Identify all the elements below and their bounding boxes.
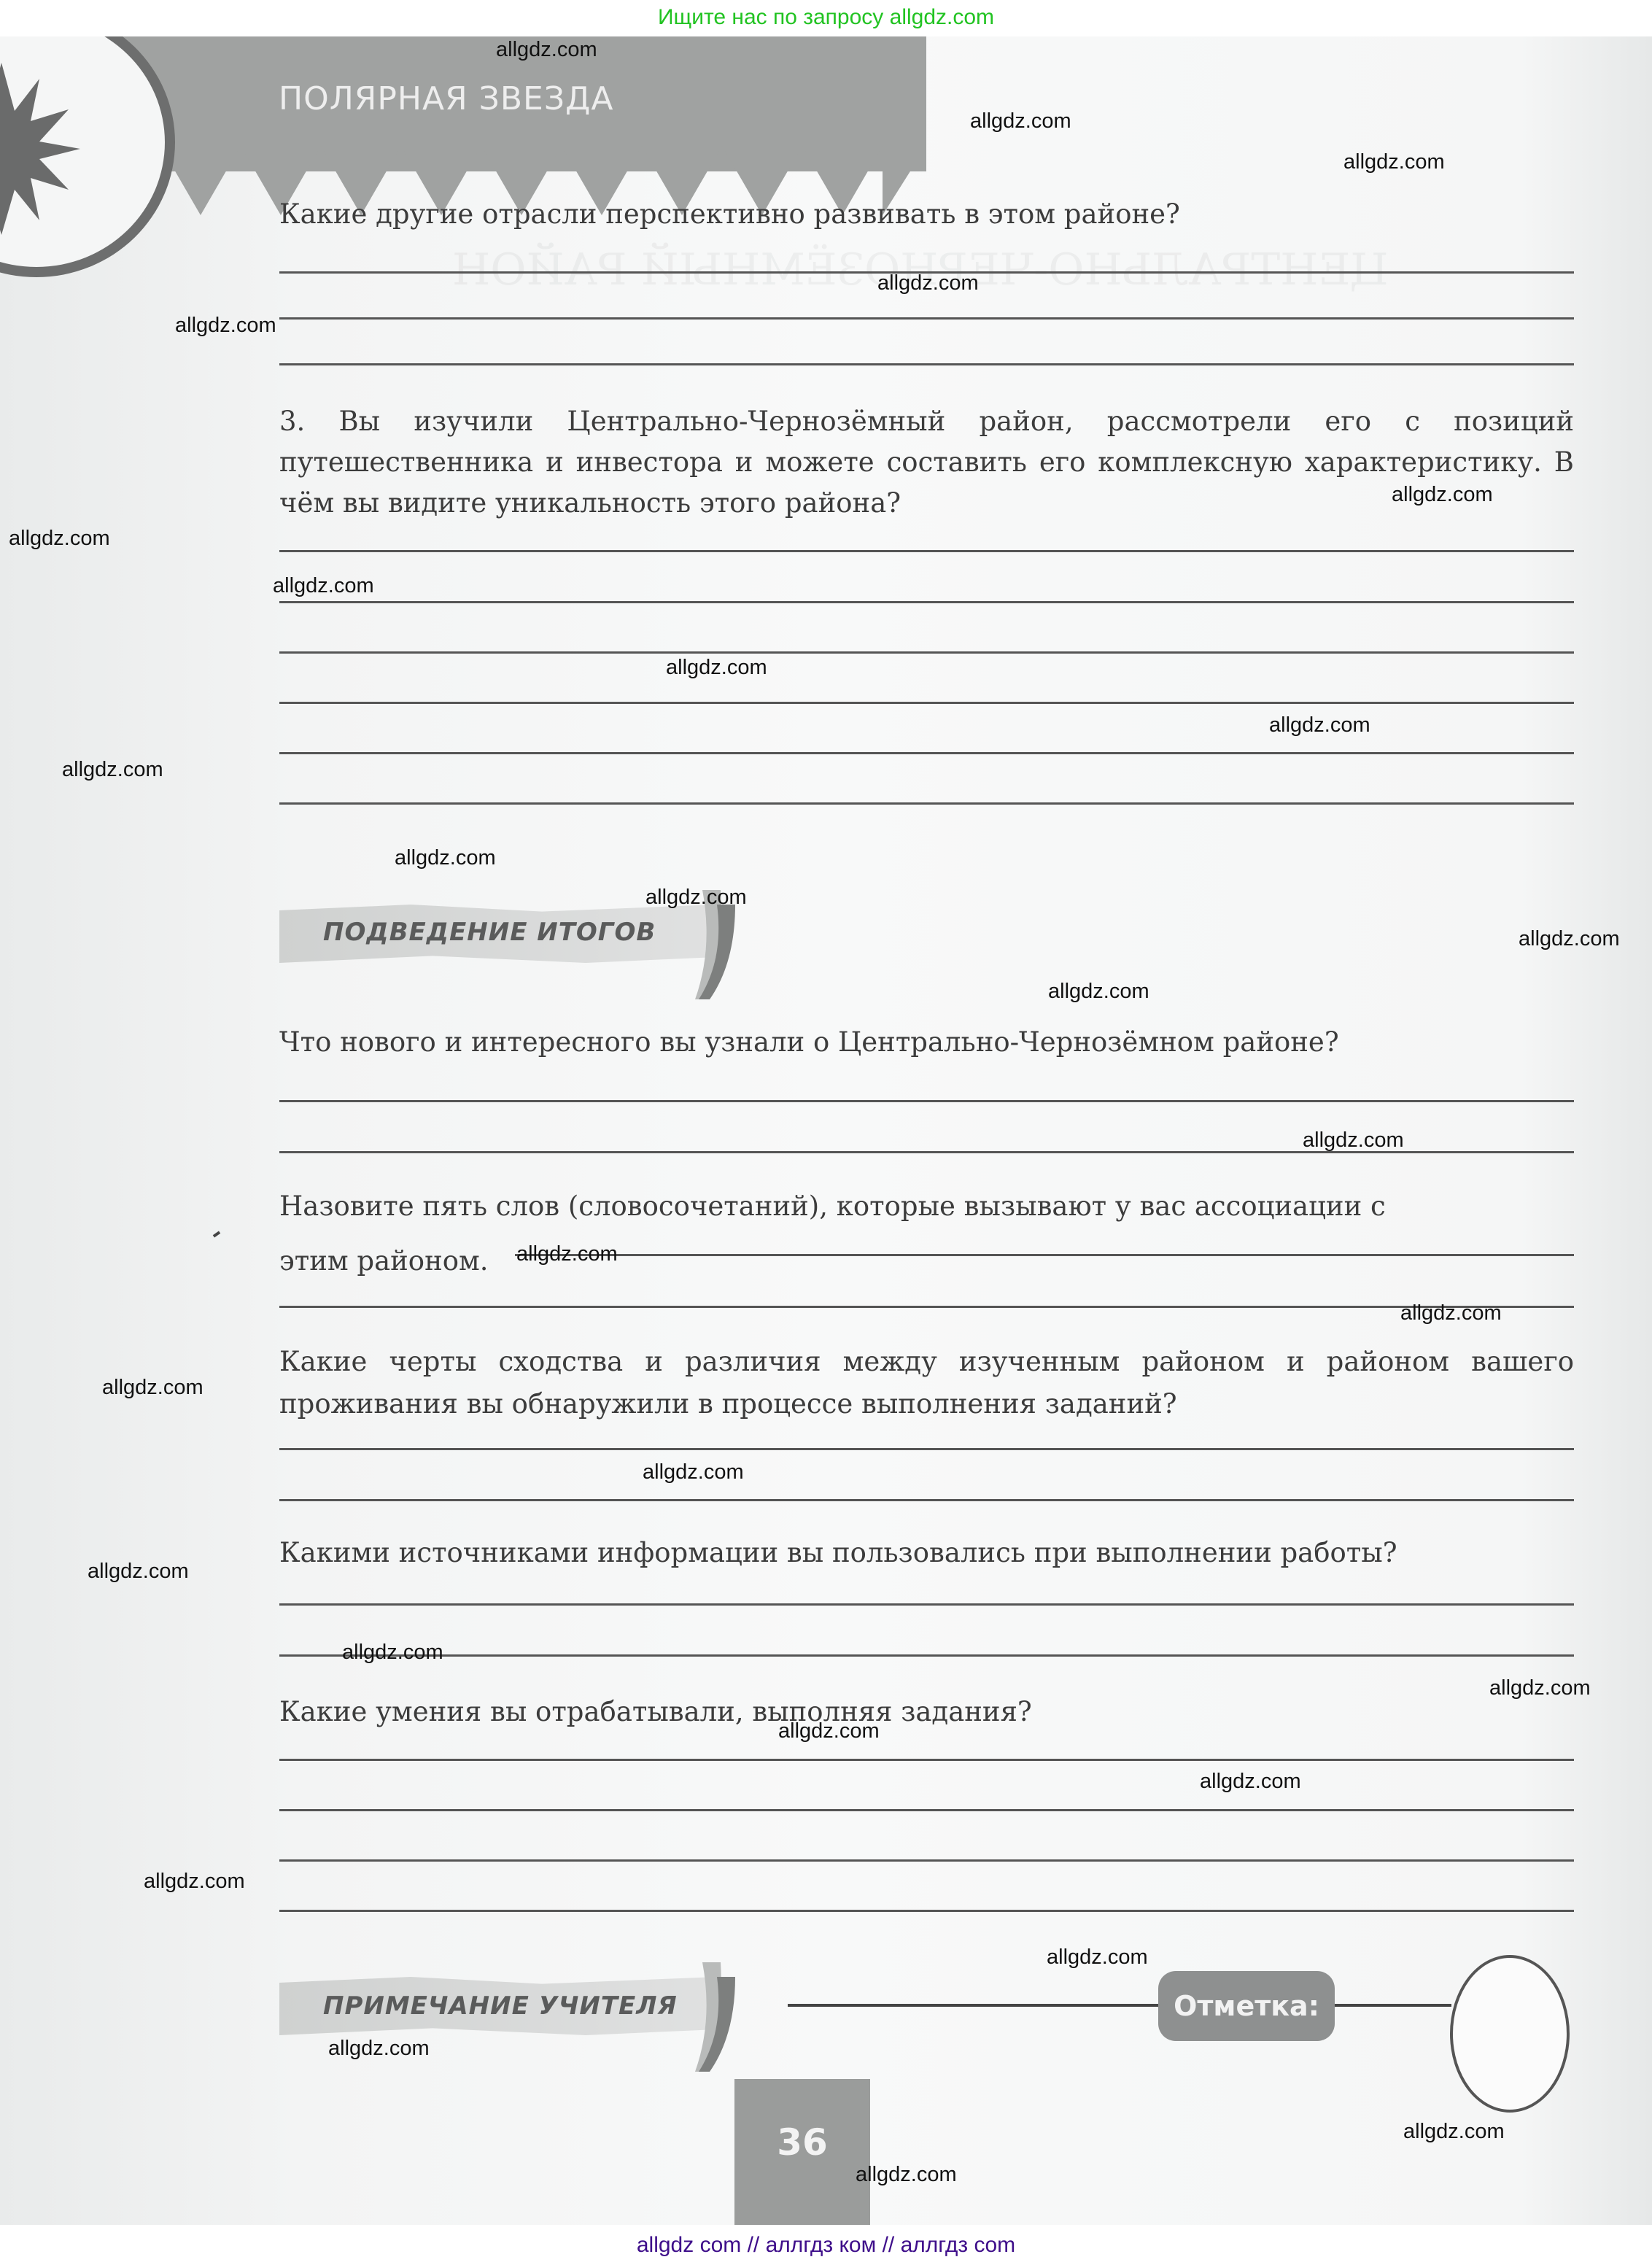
watermark: allgdz.com (970, 109, 1071, 133)
watermark: allgdz.com (342, 1641, 443, 1665)
watermark: allgdz.com (1269, 713, 1370, 737)
answer-line[interactable] (279, 1499, 1574, 1501)
answer-line[interactable] (279, 1448, 1574, 1450)
answer-line[interactable] (279, 802, 1574, 805)
watermark: allgdz.com (273, 574, 374, 598)
top-search-banner[interactable]: Ищите нас по запросу allgdz.com (0, 0, 1652, 36)
header-emblem (0, 36, 175, 277)
answer-line[interactable] (279, 702, 1574, 704)
watermark: allgdz.com (395, 846, 496, 870)
footer-watermark-bar[interactable]: allgdz com // аллгдз ком // аллгдз com (0, 2225, 1652, 2265)
summary-section-title: ПОДВЕДЕНИЕ ИТОГОВ (323, 918, 656, 947)
answer-line[interactable] (279, 1654, 1574, 1657)
watermark: allgdz.com (102, 1376, 203, 1400)
header-title: ПОЛЯРНАЯ ЗВЕЗДА (279, 80, 614, 117)
grade-circle-field[interactable] (1450, 1955, 1570, 2113)
question-sources: Какими источниками информации вы пользов… (279, 1532, 1574, 1574)
page-number: 36 (734, 2079, 870, 2225)
watermark: allgdz.com (877, 271, 979, 295)
watermark: allgdz.com (1519, 927, 1620, 951)
answer-line[interactable] (279, 1100, 1574, 1102)
answer-line[interactable] (279, 1859, 1574, 1862)
answer-line[interactable] (279, 1809, 1574, 1811)
answer-line[interactable] (515, 1254, 1574, 1256)
answer-line[interactable] (279, 601, 1574, 603)
question-similarity: Какие черты сходства и различия между из… (279, 1341, 1574, 1425)
teacher-note-line[interactable] (788, 2004, 1160, 2007)
question-3-uniqueness: 3. Вы изучили Центрально-Чернозёмный рай… (279, 401, 1574, 524)
watermark: allgdz.com (88, 1560, 189, 1584)
watermark: allgdz.com (856, 2163, 957, 2187)
swoosh-decoration (695, 1962, 739, 2072)
watermark: allgdz.com (645, 886, 747, 910)
watermark: allgdz.com (1392, 483, 1493, 507)
watermark: allgdz.com (9, 527, 110, 551)
watermark: allgdz.com (328, 2037, 430, 2061)
question-whats-new: Что нового и интересного вы узнали о Цен… (279, 1021, 1574, 1064)
answer-line[interactable] (279, 1910, 1574, 1912)
answer-line[interactable] (279, 317, 1574, 320)
watermark: allgdz.com (1048, 980, 1149, 1004)
grade-connector-line (1335, 2004, 1451, 2007)
answer-line[interactable] (279, 1603, 1574, 1606)
question-skills: Какие умения вы отрабатывали, выполняя з… (279, 1691, 1574, 1733)
question-other-branches: Какие другие отрасли перспективно развив… (279, 193, 1574, 236)
watermark: allgdz.com (1343, 150, 1445, 174)
watermark: allgdz.com (1303, 1128, 1404, 1153)
watermark: allgdz.com (144, 1870, 245, 1894)
watermark: allgdz.com (778, 1719, 880, 1743)
answer-line[interactable] (279, 1759, 1574, 1761)
watermark: allgdz.com (1400, 1301, 1502, 1325)
question-five-words-line2: этим районом. (279, 1240, 1574, 1282)
answer-line[interactable] (279, 651, 1574, 654)
question-five-words-line1: Назовите пять слов (словосочетаний), кот… (279, 1185, 1574, 1228)
workbook-page: ПОЛЯРНАЯ ЗВЕЗДА ЦЕНТРАЛЬНО-ЧЕРНОЗЁМНЫЙ Р… (0, 36, 1652, 2225)
watermark: allgdz.com (643, 1460, 744, 1484)
watermark: allgdz.com (516, 1242, 618, 1266)
watermark: allgdz.com (175, 314, 276, 338)
star-icon (0, 61, 82, 236)
answer-line[interactable] (279, 363, 1574, 365)
watermark: allgdz.com (496, 38, 597, 62)
watermark: allgdz.com (1403, 2120, 1505, 2144)
answer-line[interactable] (279, 752, 1574, 754)
pen-mark (213, 1231, 220, 1237)
watermark: allgdz.com (1047, 1945, 1148, 1970)
answer-line[interactable] (279, 550, 1574, 552)
watermark: allgdz.com (1489, 1676, 1591, 1700)
watermark: allgdz.com (1200, 1770, 1301, 1794)
grade-label: Отметка: (1158, 1971, 1335, 2041)
teacher-note-title: ПРИМЕЧАНИЕ УЧИТЕЛЯ (323, 1991, 678, 2021)
watermark: allgdz.com (666, 656, 767, 680)
watermark: allgdz.com (62, 758, 163, 782)
answer-line[interactable] (279, 1306, 1574, 1308)
